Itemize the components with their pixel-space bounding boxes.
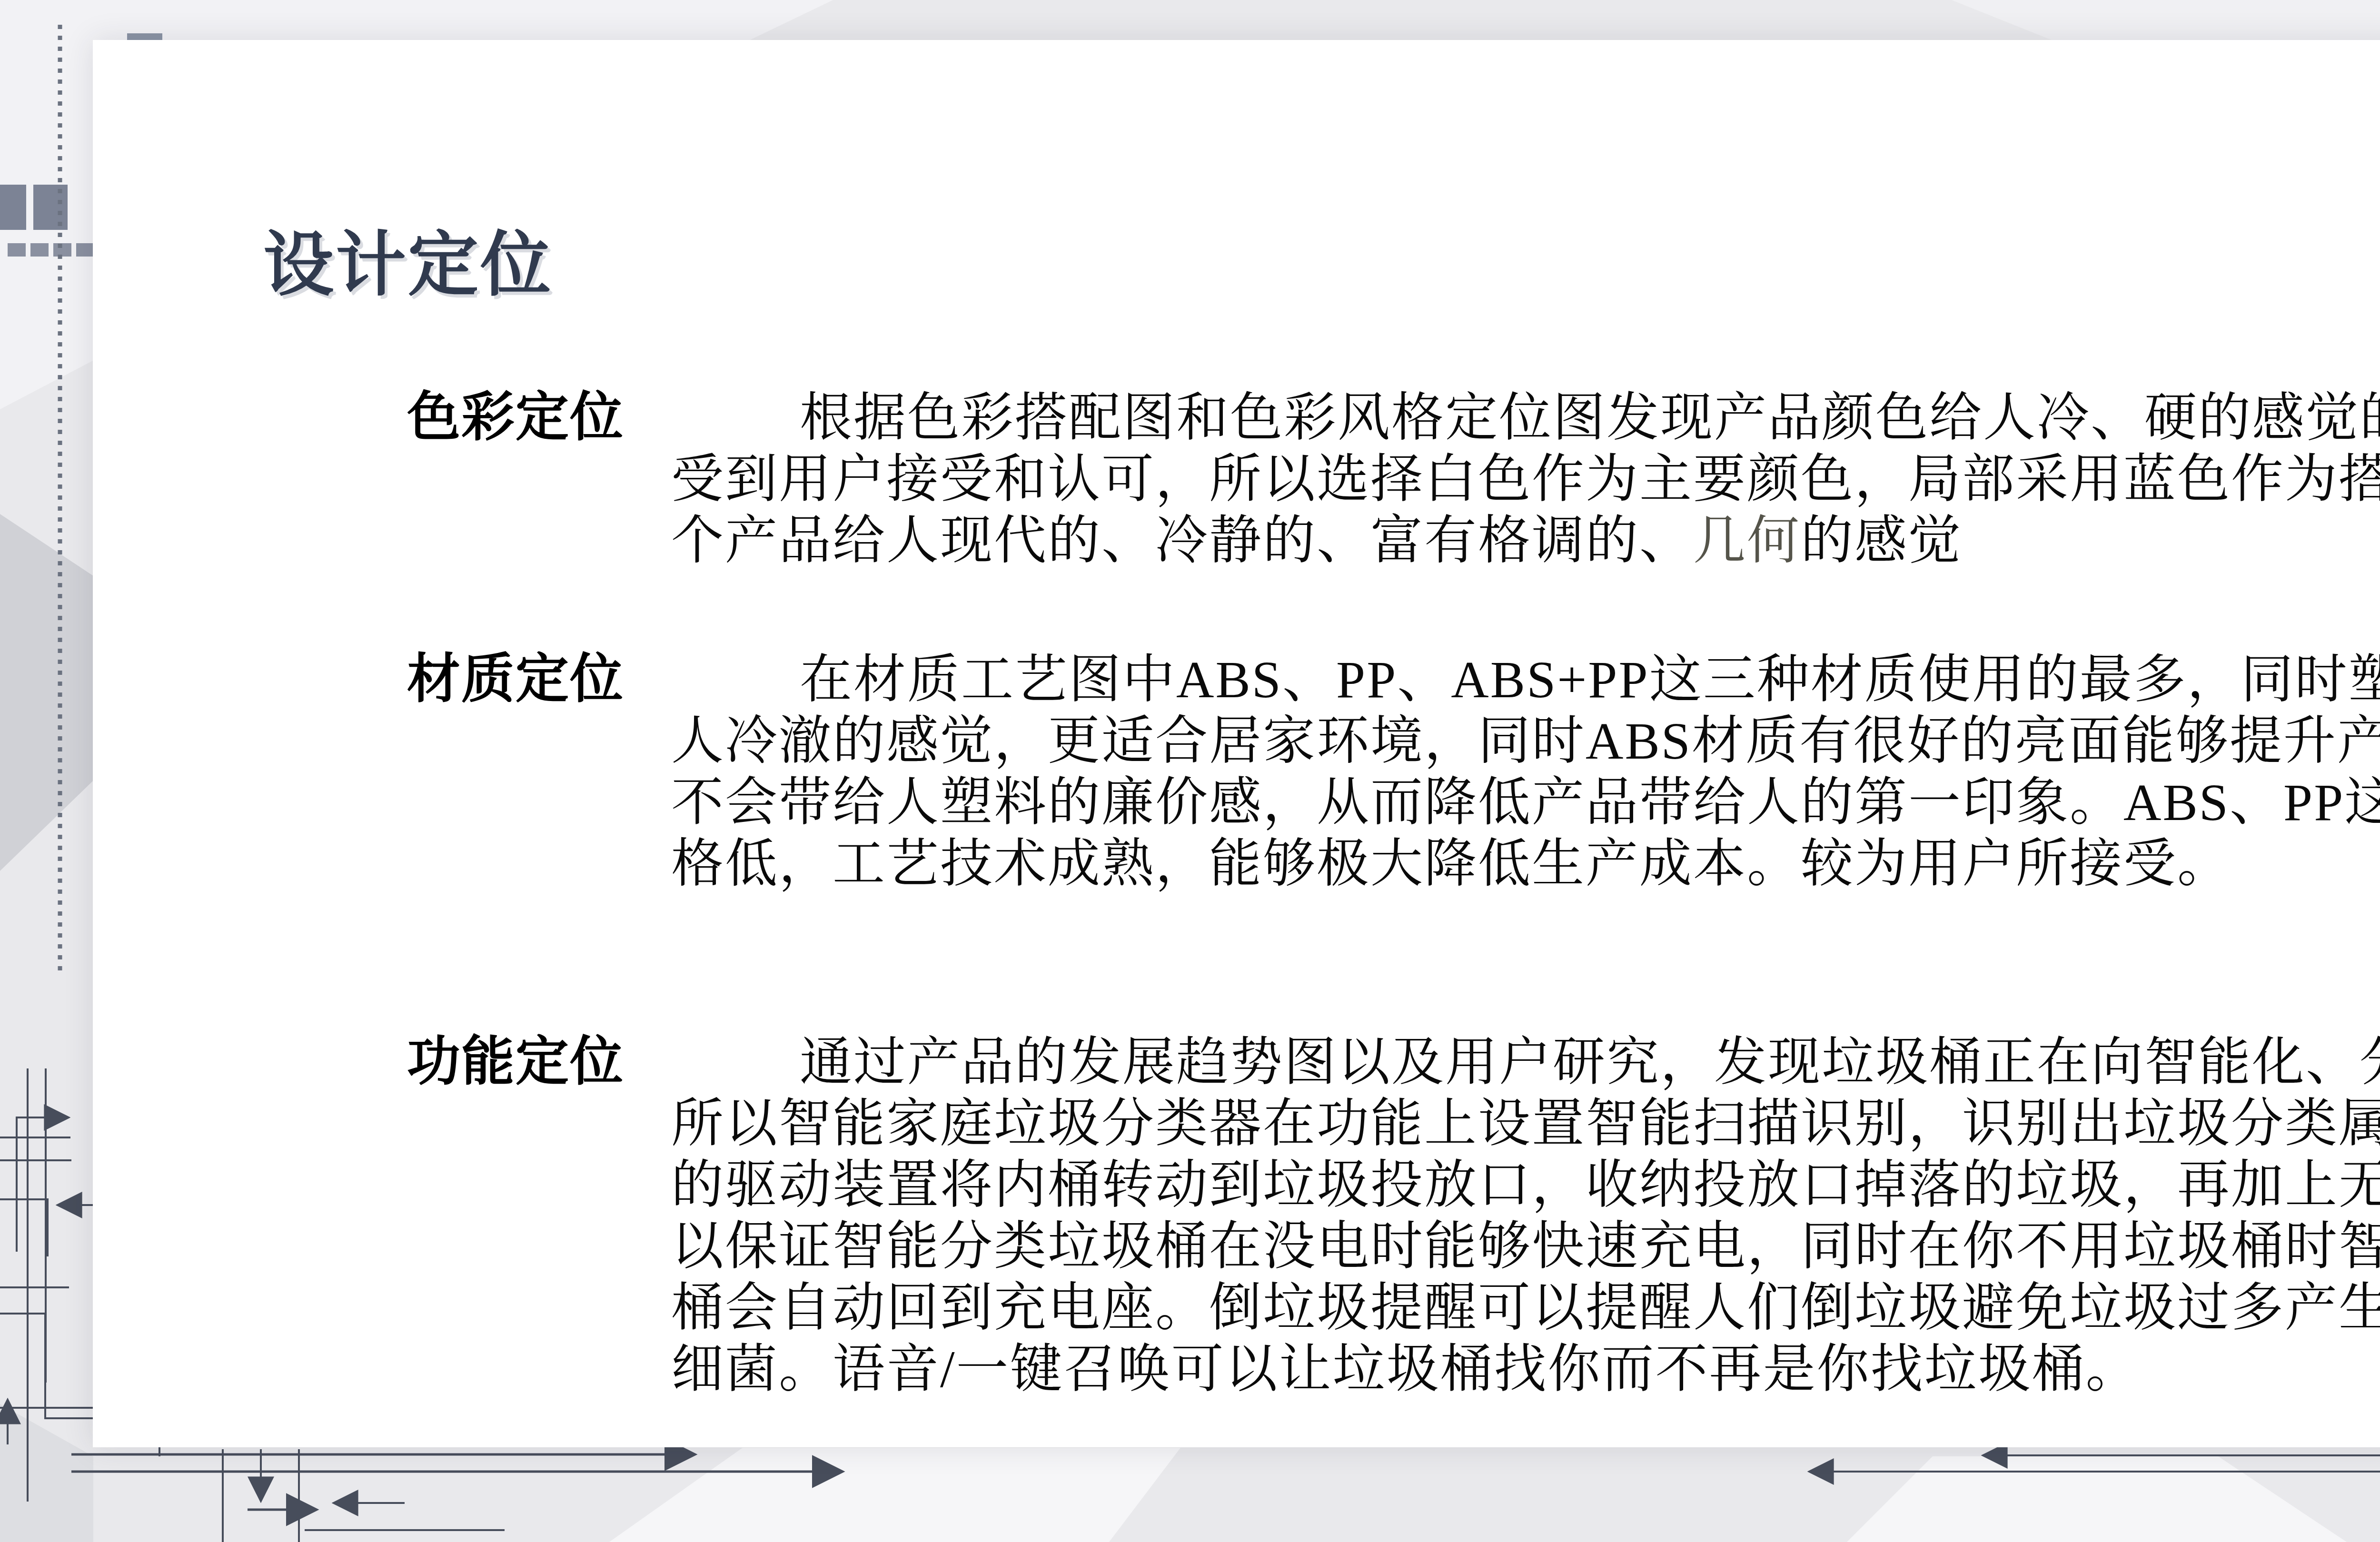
slide-background: 设计定位 色彩定位 根据色彩搭配图和色彩风格定位图发现产品颜色给人冷、硬的感觉的…: [0, 0, 2380, 1542]
body-line: 通过产品的发展趋势图以及用户研究，发现垃圾桶正在向智能化、分类化发展。: [671, 1032, 2380, 1093]
body-line: 所以智能家庭垃圾分类器在功能上设置智能扫描识别，识别出垃圾分类属性后由底部: [671, 1093, 2380, 1155]
body-line-pre-text: 个产品给人现代的、冷静的、富有格调的、: [671, 512, 1693, 570]
body-line-post-text: 的感觉: [1801, 512, 1962, 570]
highlighted-word: 几何: [1693, 512, 1801, 570]
body-line: 根据色彩搭配图和色彩风格定位图发现产品颜色给人冷、硬的感觉的颜色比较: [671, 387, 2380, 449]
body-line-with-highlight: 个产品给人现代的、冷静的、富有格调的、几何的感觉: [671, 510, 2380, 572]
section-body-function: 通过产品的发展趋势图以及用户研究，发现垃圾桶正在向智能化、分类化发展。 所以智能…: [671, 1032, 2380, 1400]
body-line: 格低，工艺技术成熟，能够极大降低生产成本。较为用户所接受。: [671, 833, 2380, 895]
body-line: 在材质工艺图中ABS、PP、ABS+PP这三种材质使用的最多，同时塑料材质不会给: [671, 649, 2380, 711]
section-label-material: 材质定位: [407, 649, 624, 711]
body-line: 不会带给人塑料的廉价感，从而降低产品带给人的第一印象。ABS、PP这两种材质价: [671, 772, 2380, 833]
section-label-function: 功能定位: [407, 1032, 624, 1093]
section-label-color: 色彩定位: [407, 387, 624, 449]
body-line: 受到用户接受和认可，所以选择白色作为主要颜色，局部采用蓝色作为搭配，使得整: [671, 449, 2380, 510]
body-line: 桶会自动回到充电座。倒垃圾提醒可以提醒人们倒垃圾避免垃圾过多产生异味和滋生: [671, 1277, 2380, 1339]
body-line: 以保证智能分类垃圾桶在没电时能够快速充电，同时在你不用垃圾桶时智能分类垃圾: [671, 1216, 2380, 1277]
page-title: 设计定位: [263, 229, 553, 301]
body-line: 人冷澈的感觉，更适合居家环境，同时ABS材质有很好的亮面能够提升产品的光泽，: [671, 711, 2380, 772]
content-card: 设计定位 色彩定位 根据色彩搭配图和色彩风格定位图发现产品颜色给人冷、硬的感觉的…: [93, 40, 2380, 1447]
section-body-color: 根据色彩搭配图和色彩风格定位图发现产品颜色给人冷、硬的感觉的颜色比较 受到用户接…: [671, 387, 2380, 572]
body-line: 细菌。语音/一键召唤可以让垃圾桶找你而不再是你找垃圾桶。: [671, 1339, 2380, 1400]
body-line: 的驱动装置将内桶转动到垃圾投放口，收纳投放口掉落的垃圾，再加上无线充电座可: [671, 1155, 2380, 1216]
section-body-material: 在材质工艺图中ABS、PP、ABS+PP这三种材质使用的最多，同时塑料材质不会给…: [671, 649, 2380, 895]
